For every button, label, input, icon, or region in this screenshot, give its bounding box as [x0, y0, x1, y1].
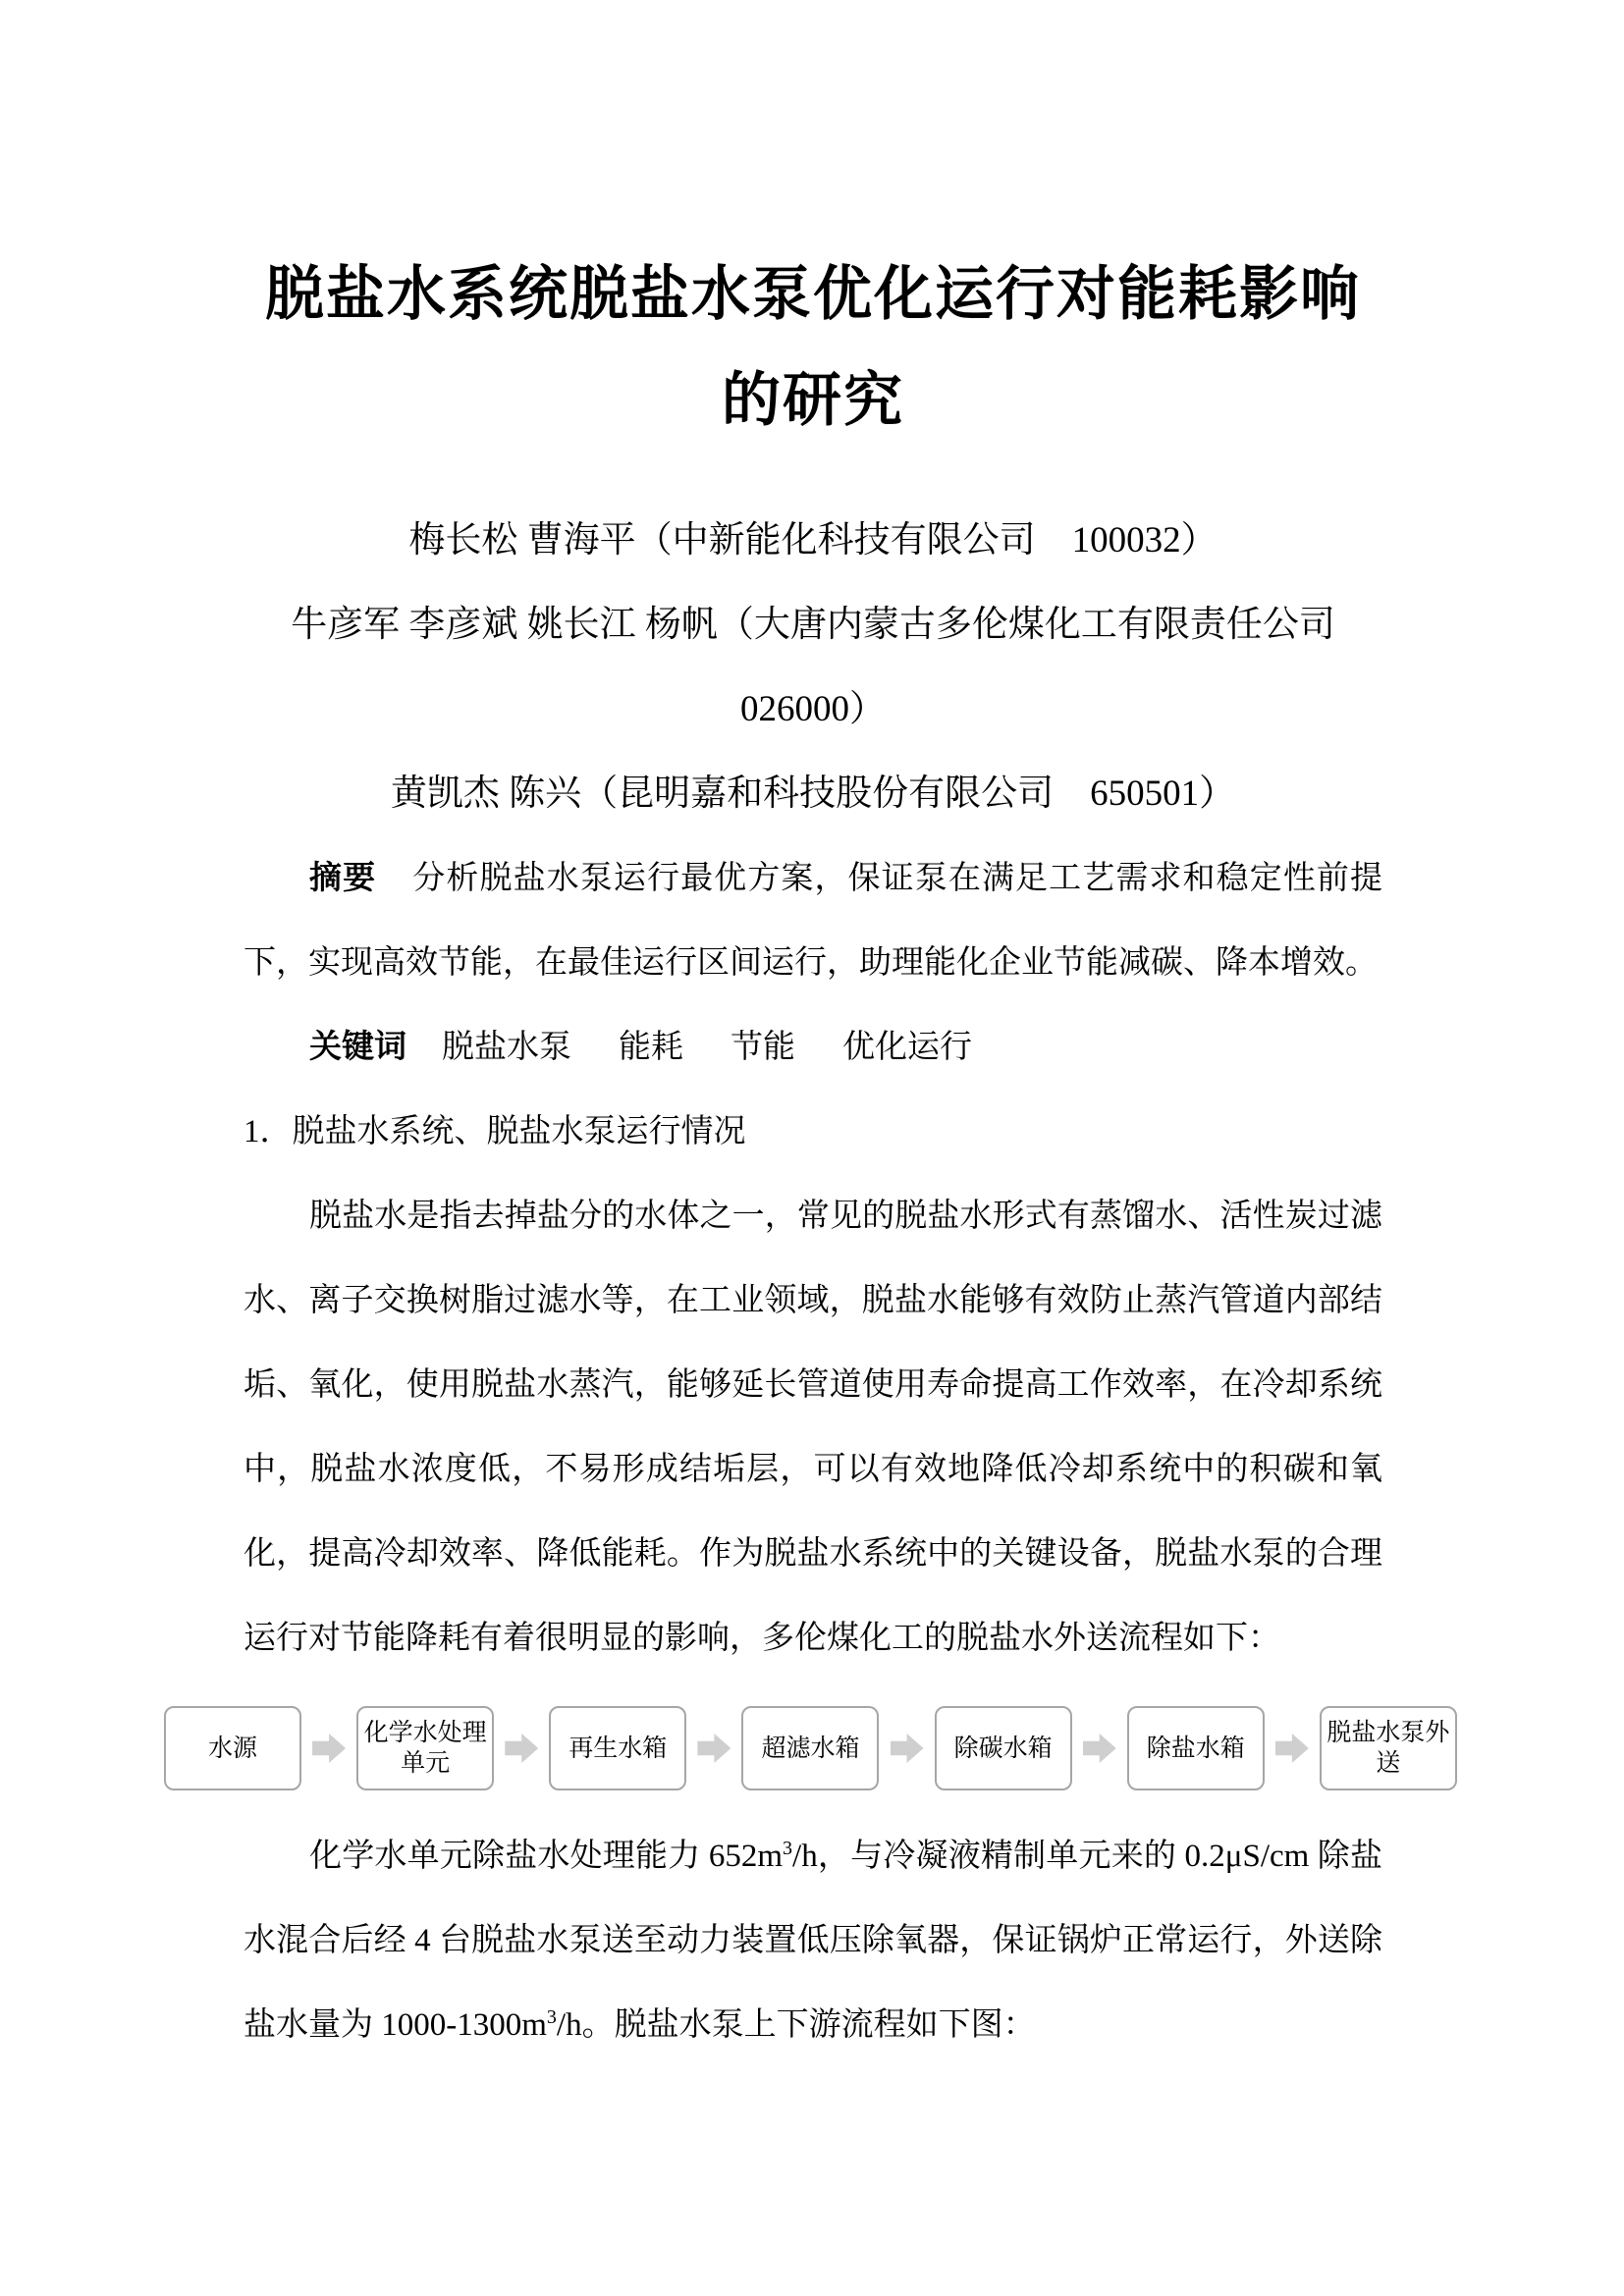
- flow-step-label: 超滤水箱: [761, 1734, 859, 1764]
- authors-line-4: 黄凯杰 陈兴（昆明嘉和科技股份有限公司 650501）: [244, 752, 1382, 836]
- section-heading: 1．脱盐水系统、脱盐水泵运行情况: [244, 1090, 1382, 1174]
- flow-step-label: 除盐水箱: [1147, 1734, 1245, 1764]
- m3-superscript: 3: [547, 2006, 557, 2028]
- m3-superscript: 3: [783, 1838, 792, 1859]
- body-paragraph-1: 脱盐水是指去掉盐分的水体之一，常见的脱盐水形式有蒸馏水、活性炭过滤水、离子交换树…: [244, 1174, 1382, 1681]
- para2-segment: /h。脱盐水泵上下游流程如下图：: [557, 2007, 1036, 2043]
- flow-step-label: 水源: [208, 1734, 257, 1764]
- flow-step-box: 水源: [164, 1706, 301, 1790]
- keyword-item: 能耗: [619, 1030, 683, 1065]
- document-title-line-2: 的研究: [244, 347, 1382, 454]
- flow-step-label: 脱盐水泵外送: [1324, 1718, 1453, 1779]
- document-page: 脱盐水系统脱盐水泵优化运行对能耗影响 的研究 梅长松 曹海平（中新能化科技有限公…: [0, 0, 1624, 2296]
- flow-diagram: 水源 化学水处理单元 再生水箱 超滤水箱 除碳水箱 除盐水箱 脱盐水泵外送: [164, 1705, 1457, 1791]
- authors-line-1: 梅长松 曹海平（中新能化科技有限公司 100032）: [244, 499, 1382, 583]
- document-title: 脱盐水系统脱盐水泵优化运行对能耗影响 的研究: [244, 241, 1382, 454]
- flow-step-label: 化学水处理单元: [360, 1718, 490, 1779]
- flow-arrow-icon: [1083, 1734, 1116, 1763]
- authors-block: 梅长松 曹海平（中新能化科技有限公司 100032） 牛彦军 李彦斌 姚长江 杨…: [244, 499, 1382, 836]
- abstract-label: 摘要: [309, 861, 376, 896]
- flow-step-box: 再生水箱: [549, 1706, 686, 1790]
- flow-step-label: 再生水箱: [568, 1734, 667, 1764]
- flow-arrow-icon: [505, 1734, 538, 1763]
- body-paragraph-2: 化学水单元除盐水处理能力 652m3/h，与冷凝液精制单元来的 0.2μS/cm…: [244, 1814, 1382, 2067]
- flow-arrow-icon: [312, 1734, 346, 1763]
- abstract-paragraph: 摘要分析脱盐水泵运行最优方案，保证泵在满足工艺需求和稳定性前提下，实现高效节能，…: [244, 836, 1382, 1005]
- flow-step-box: 除碳水箱: [935, 1706, 1072, 1790]
- authors-line-3: 026000）: [244, 667, 1382, 752]
- keywords-paragraph: 关键词脱盐水泵能耗节能优化运行: [244, 1005, 1382, 1090]
- para2-segment: 化学水单元除盐水处理能力 652m: [309, 1839, 783, 1874]
- keyword-item: 脱盐水泵: [442, 1030, 571, 1065]
- keywords-label: 关键词: [309, 1030, 406, 1065]
- keyword-item: 节能: [731, 1030, 795, 1065]
- flow-step-box: 除盐水箱: [1127, 1706, 1265, 1790]
- flow-step-box: 化学水处理单元: [356, 1706, 494, 1790]
- flow-step-box: 脱盐水泵外送: [1320, 1706, 1457, 1790]
- flow-step-label: 除碳水箱: [954, 1734, 1053, 1764]
- flow-arrow-icon: [697, 1734, 731, 1763]
- authors-line-2: 牛彦军 李彦斌 姚长江 杨帆（大唐内蒙古多伦煤化工有限责任公司: [244, 583, 1382, 667]
- abstract-text: 分析脱盐水泵运行最优方案，保证泵在满足工艺需求和稳定性前提下，实现高效节能，在最…: [244, 861, 1382, 981]
- flow-step-box: 超滤水箱: [741, 1706, 879, 1790]
- flow-arrow-icon: [891, 1734, 924, 1763]
- keyword-item: 优化运行: [842, 1030, 972, 1065]
- document-title-line-1: 脱盐水系统脱盐水泵优化运行对能耗影响: [244, 241, 1382, 347]
- flow-arrow-icon: [1275, 1734, 1309, 1763]
